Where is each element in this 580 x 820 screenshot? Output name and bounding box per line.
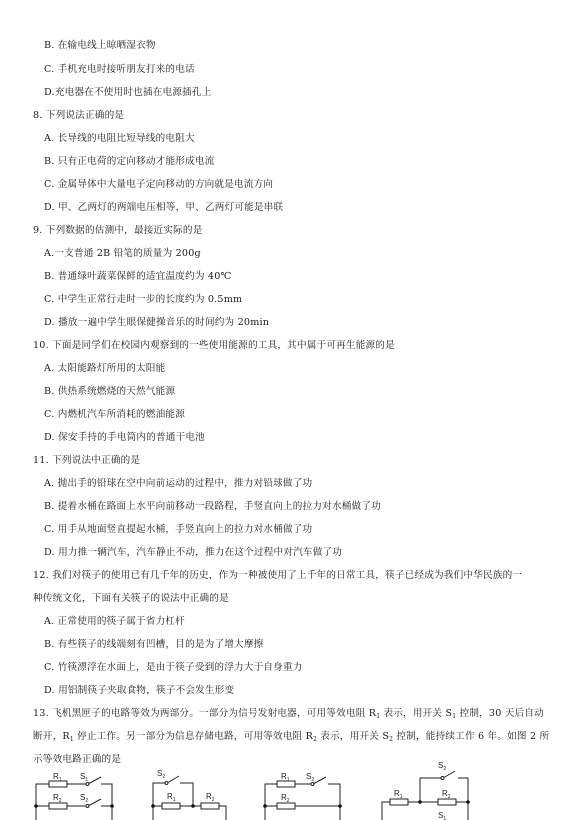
q10-option-d: D. 保安手持的手电筒内的普通干电池 xyxy=(44,432,205,444)
q10-option-a: A. 太阳能路灯所用的太阳能 xyxy=(44,363,165,375)
circuit-a-labels: R1 S1 R2 S2 xyxy=(53,772,88,804)
text: 表示，用开关 S xyxy=(317,731,389,742)
option-text: 正常使用的筷子属于省力杠杆 xyxy=(58,616,185,627)
q13-stem-line2: 断开，R1 停止工作。另一部分为信息存储电路，可用等效电阻 R2 表示，用开关 … xyxy=(33,731,549,746)
option-text: 只有正电荷的定向移动才能形成电流 xyxy=(58,156,215,167)
option-label: C. xyxy=(44,524,54,535)
q9-option-c: C. 中学生正常行走时一步的长度约为 0.5mm xyxy=(44,294,242,306)
option-text: 内燃机汽车所消耗的燃油能源 xyxy=(58,409,185,420)
option-text: 播放一遍中学生眼保健操音乐的时间约为 20min xyxy=(58,317,269,328)
option-text: 竹筷漂浮在水面上，是由于筷子受到的浮力大于自身重力 xyxy=(58,662,303,673)
q8-option-b: B. 只有正电荷的定向移动才能形成电流 xyxy=(44,156,214,168)
q13-stem-line1: 13. 飞机黑匣子的电路等效为两部分。一部分为信号发射电器，可用等效电阻 R1 … xyxy=(33,708,544,723)
q8-option-d: D. 甲、乙两灯的两端电压相等，甲、乙两灯可能是串联 xyxy=(44,202,283,214)
q7-option-b: B. 在输电线上晾晒湿衣物 xyxy=(44,40,156,52)
option-text: 用铝制筷子夹取食物，筷子不会发生形变 xyxy=(58,685,234,696)
svg-text:S2: S2 xyxy=(306,772,314,783)
svg-text:S2: S2 xyxy=(80,793,88,804)
option-text: 手机充电时接听朋友打来的电话 xyxy=(58,64,195,75)
q10-option-c: C. 内燃机汽车所消耗的燃油能源 xyxy=(44,409,185,421)
q9-stem: 9. 下列数据的估测中，最接近实际的是 xyxy=(33,225,203,237)
option-text: 提着水桶在路面上水平向前移动一段路程，手竖直向上的拉力对水桶做了功 xyxy=(58,501,381,512)
option-label: A. xyxy=(44,363,54,374)
q11-option-c: C. 用手从地面竖直提起水桶，手竖直向上的拉力对水桶做了功 xyxy=(44,524,312,536)
circuit-b-labels: S2 R1 R2 xyxy=(157,769,215,803)
q9-option-b: B. 普通绿叶蔬菜保鲜的适宜温度约为 40℃ xyxy=(44,271,231,283)
option-text: 用手从地面竖直提起水桶，手竖直向上的拉力对水桶做了功 xyxy=(58,524,313,535)
q11-stem: 11. 下列说法中正确的是 xyxy=(33,455,140,467)
option-label: D. xyxy=(44,432,55,443)
svg-text:R1: R1 xyxy=(394,789,403,800)
svg-text:R1: R1 xyxy=(167,792,176,803)
option-text: 普通绿叶蔬菜保鲜的适宜温度约为 40℃ xyxy=(58,271,232,282)
circuit-c xyxy=(265,777,340,820)
option-label: C. xyxy=(44,179,54,190)
svg-text:R2: R2 xyxy=(281,793,290,804)
option-label: C. xyxy=(44,409,54,420)
svg-text:R2: R2 xyxy=(53,793,62,804)
text: 停止工作。另一部分为信息存储电路，可用等效电阻 R xyxy=(74,731,313,742)
option-text: 甲、乙两灯的两端电压相等，甲、乙两灯可能是串联 xyxy=(58,202,283,213)
svg-text:S1: S1 xyxy=(80,772,88,783)
option-label: A. xyxy=(44,616,54,627)
option-text: 在输电线上晾晒湿衣物 xyxy=(58,40,156,51)
option-label: C. xyxy=(44,64,54,75)
option-label: D. xyxy=(44,87,55,98)
option-label: C. xyxy=(44,662,54,673)
q11-option-b: B. 提着水桶在路面上水平向前移动一段路程，手竖直向上的拉力对水桶做了功 xyxy=(44,501,381,513)
option-text: 供热系统燃烧的天然气能源 xyxy=(58,386,176,397)
option-label: A. xyxy=(44,248,54,259)
svg-text:S1: S1 xyxy=(438,811,446,820)
text: 13. 飞机黑匣子的电路等效为两部分。一部分为信号发射电器，可用等效电阻 R xyxy=(33,708,376,719)
option-text: 金属导体中大量电子定向移动的方向就是电流方向 xyxy=(58,179,273,190)
option-label: B. xyxy=(44,501,55,512)
q12-option-c: C. 竹筷漂浮在水面上，是由于筷子受到的浮力大于自身重力 xyxy=(44,662,303,674)
option-text: 充电器在不使用时也插在电源插孔上 xyxy=(55,87,212,98)
q7-option-c: C. 手机充电时接听朋友打来的电话 xyxy=(44,64,195,76)
q8-option-c: C. 金属导体中大量电子定向移动的方向就是电流方向 xyxy=(44,179,273,191)
option-text: 抛出手的铅球在空中向前运动的过程中，推力对铅球做了功 xyxy=(58,478,313,489)
option-label: B. xyxy=(44,271,55,282)
q9-option-d: D. 播放一遍中学生眼保健操音乐的时间约为 20min xyxy=(44,317,269,329)
text: 控制，30 天后自动 xyxy=(456,708,544,719)
option-text: 一支普通 2B 铅笔的质量为 200g xyxy=(54,248,201,259)
circuit-d-labels: S2 R1 R2 S1 xyxy=(394,761,451,820)
circuit-b xyxy=(153,776,226,820)
option-label: D. xyxy=(44,202,55,213)
q10-stem: 10. 下面是同学们在校园内观察到的一些使用能源的工具，其中属于可再生能源的是 xyxy=(33,340,395,352)
option-label: D. xyxy=(44,317,55,328)
q12-option-d: D. 用铝制筷子夹取食物，筷子不会发生形变 xyxy=(44,685,234,697)
svg-text:S2: S2 xyxy=(157,769,165,780)
svg-text:R2: R2 xyxy=(442,789,451,800)
circuit-c-labels: R1 S2 R2 xyxy=(281,772,314,804)
option-label: C. xyxy=(44,294,54,305)
q8-stem: 8. 下列说法正确的是 xyxy=(33,110,124,122)
option-label: A. xyxy=(44,478,54,489)
svg-text:S2: S2 xyxy=(438,761,446,772)
option-label: B. xyxy=(44,156,55,167)
option-label: B. xyxy=(44,639,55,650)
q12-option-a: A. 正常使用的筷子属于省力杠杆 xyxy=(44,616,185,628)
q12-stem-line2: 种传统文化，下面有关筷子的说法中正确的是 xyxy=(33,593,229,605)
q8-option-a: A. 长导线的电阻比短导线的电阻大 xyxy=(44,133,195,145)
text: 控制，能持续工作 6 年。如图 2 所 xyxy=(393,731,549,742)
option-label: D. xyxy=(44,547,55,558)
q7-option-d: D.充电器在不使用时也插在电源插孔上 xyxy=(44,87,212,99)
option-label: B. xyxy=(44,40,55,51)
q11-option-a: A. 抛出手的铅球在空中向前运动的过程中，推力对铅球做了功 xyxy=(44,478,312,490)
q12-stem-line1: 12. 我们对筷子的使用已有几千年的历史，作为一种被使用了上千年的日常工具，筷子… xyxy=(33,570,522,582)
q9-option-a: A.一支普通 2B 铅笔的质量为 200g xyxy=(44,248,201,260)
svg-text:R2: R2 xyxy=(206,792,215,803)
option-text: 太阳能路灯所用的太阳能 xyxy=(58,363,166,374)
circuit-a xyxy=(36,777,112,820)
option-text: 有些筷子的线端刻有凹槽，目的是为了增大摩擦 xyxy=(58,639,264,650)
option-label: A. xyxy=(44,133,54,144)
text: 断开，R xyxy=(33,731,70,742)
option-text: 长导线的电阻比短导线的电阻大 xyxy=(58,133,195,144)
option-label: B. xyxy=(44,386,55,397)
circuit-diagrams: R1 S1 R2 S2 S2 R1 R2 R1 S2 R2 S2 R1 R2 S… xyxy=(0,755,580,820)
q12-option-b: B. 有些筷子的线端刻有凹槽，目的是为了增大摩擦 xyxy=(44,639,263,651)
option-text: 用力推一辆汽车，汽车静止不动，推力在这个过程中对汽车做了功 xyxy=(58,547,342,558)
option-label: D. xyxy=(44,685,55,696)
option-text: 中学生正常行走时一步的长度约为 0.5mm xyxy=(58,294,243,305)
text: 表示，用开关 S xyxy=(380,708,452,719)
option-text: 保安手持的手电筒内的普通干电池 xyxy=(58,432,205,443)
q11-option-d: D. 用力推一辆汽车，汽车静止不动，推力在这个过程中对汽车做了功 xyxy=(44,547,342,559)
q10-option-b: B. 供热系统燃烧的天然气能源 xyxy=(44,386,175,398)
